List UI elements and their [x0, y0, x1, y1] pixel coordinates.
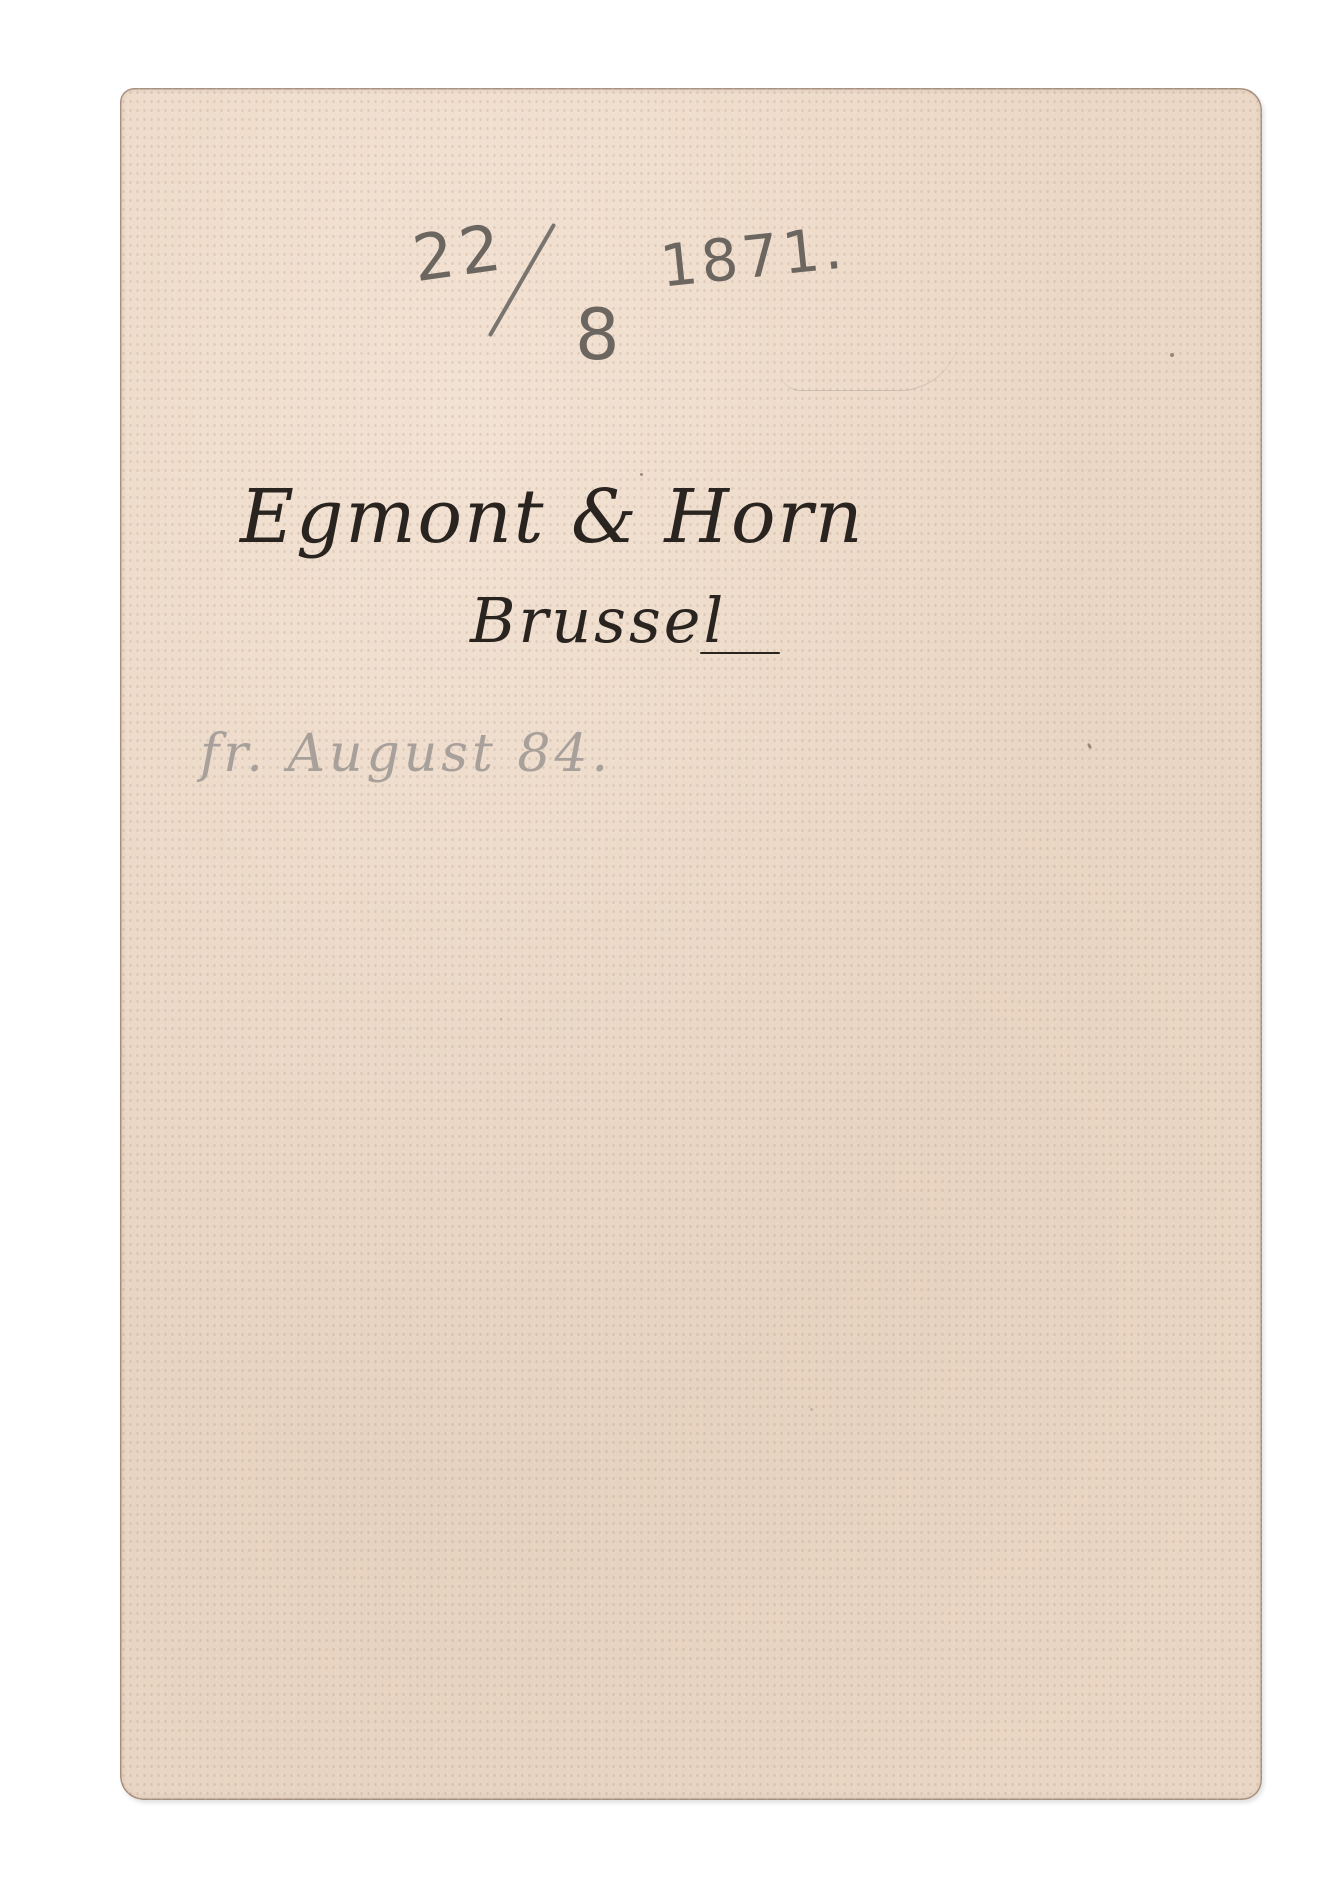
ink-speck: [1087, 743, 1093, 750]
date-year: 1871.: [657, 218, 848, 295]
subject-title: Egmont & Horn: [240, 480, 865, 554]
date-day: 22: [409, 216, 510, 292]
ink-speck: [1170, 353, 1174, 357]
city-underline-flourish: [700, 652, 780, 654]
photo-card-back: [120, 88, 1262, 1800]
acquisition-note: fr. August 84.: [200, 728, 612, 780]
ink-speck: [810, 1408, 813, 1411]
city-name: Brussel: [470, 590, 726, 652]
date-month: 8: [575, 300, 620, 370]
ink-speck: [500, 1018, 502, 1020]
